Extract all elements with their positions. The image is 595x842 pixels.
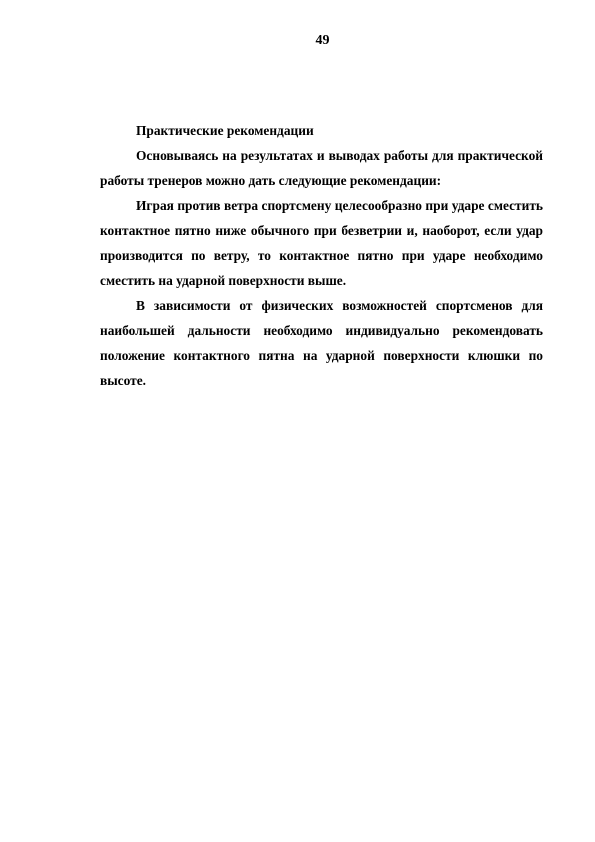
- document-body: Практические рекомендации Основываясь на…: [100, 118, 543, 393]
- page-number: 49: [0, 33, 595, 49]
- section-heading: Практические рекомендации: [100, 118, 543, 143]
- paragraph-wind-recommendation: Играя против ветра спортсмену целесообра…: [100, 193, 543, 293]
- paragraph-individual-recommendation: В зависимости от физических возможностей…: [100, 293, 543, 393]
- paragraph-intro: Основываясь на результатах и выводах раб…: [100, 143, 543, 193]
